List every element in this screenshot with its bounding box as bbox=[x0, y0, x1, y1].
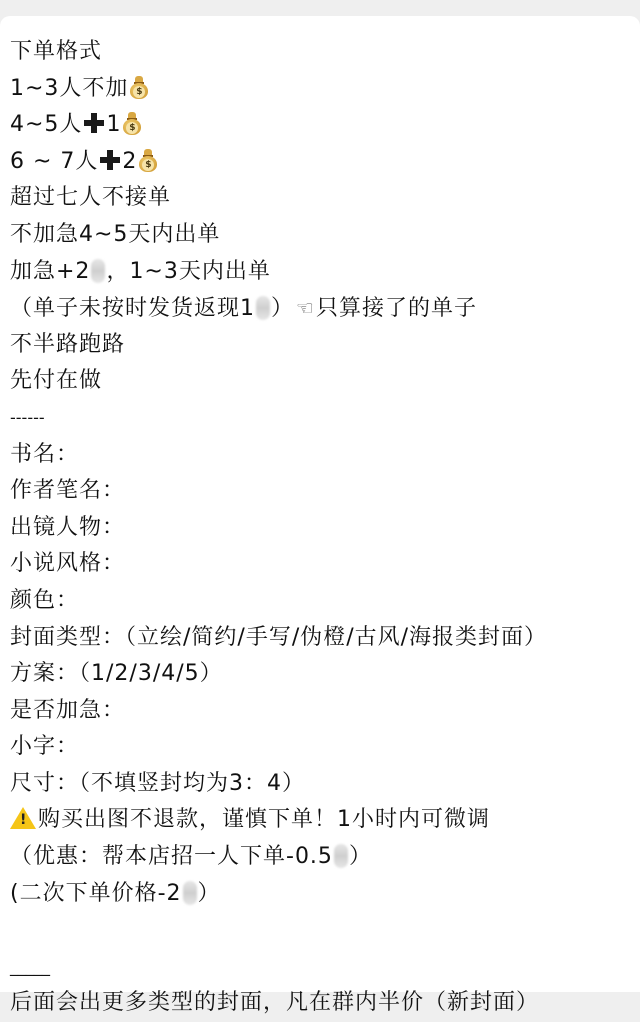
rule-pay-first: 先付在做 bbox=[10, 363, 640, 400]
field-cover-type: 封面类型：（立绘/简约/手写/伪橙/古风/海报类封面） bbox=[10, 620, 640, 657]
rule-refund: （单子未按时发货返现1）☜只算接了的单子 bbox=[10, 290, 640, 327]
field-book-name: 书名： bbox=[10, 437, 640, 474]
censored-currency bbox=[256, 296, 270, 320]
rule-rush: 加急+2，1~3天内出单 bbox=[10, 254, 640, 291]
notice-no-refund: !购买出图不退款，谨慎下单！1小时内可微调 bbox=[10, 802, 640, 839]
repeat-suffix: ） bbox=[198, 881, 221, 906]
pricing-line-6-7: 6 ~ 7人2$ bbox=[10, 144, 640, 181]
money-bag-icon: $ bbox=[138, 148, 158, 172]
title-line: 下单格式 bbox=[10, 34, 640, 71]
censored-currency bbox=[91, 259, 105, 283]
referral-suffix: ） bbox=[349, 844, 372, 869]
rule-no-abandon: 不半路跑路 bbox=[10, 327, 640, 364]
field-plan: 方案：（1/2/3/4/5） bbox=[10, 656, 640, 693]
rule-over-seven: 超过七人不接单 bbox=[10, 180, 640, 217]
field-author: 作者笔名： bbox=[10, 473, 640, 510]
rule-no-rush: 不加急4~5天内出单 bbox=[10, 217, 640, 254]
message-card: 下单格式 1~3人不加$ 4~5人1$ 6 ~ 7人2$ 超过七人不接单 不加急… bbox=[0, 16, 640, 992]
referral-text: （优惠：帮本店招一人下单-0.5 bbox=[10, 844, 333, 869]
divider: ------ bbox=[10, 400, 640, 437]
notice-text: 购买出图不退款，谨慎下单！1小时内可微调 bbox=[38, 807, 490, 832]
refund-suffix: ） bbox=[271, 296, 294, 321]
money-bag-icon: $ bbox=[122, 111, 142, 135]
pricing-text: 6 ~ 7人 bbox=[10, 149, 98, 174]
censored-currency bbox=[183, 881, 197, 905]
warning-icon: ! bbox=[10, 807, 36, 829]
order-format-text: 下单格式 1~3人不加$ 4~5人1$ 6 ~ 7人2$ 超过七人不接单 不加急… bbox=[10, 34, 640, 992]
heavy-plus-icon bbox=[83, 112, 105, 134]
field-characters: 出镜人物： bbox=[10, 510, 640, 547]
censored-currency bbox=[334, 844, 348, 868]
field-size: 尺寸：（不填竖封均为3：4） bbox=[10, 766, 640, 803]
money-bag-icon: $ bbox=[129, 75, 149, 99]
pricing-text: 1~3人不加 bbox=[10, 76, 128, 101]
rush-text: 加急+2 bbox=[10, 259, 90, 284]
pricing-line-1-3: 1~3人不加$ bbox=[10, 71, 640, 108]
footer-note: 后面会出更多类型的封面，凡在群内半价（新封面） bbox=[10, 985, 640, 992]
field-style: 小说风格： bbox=[10, 546, 640, 583]
pointing-hand-icon: ☜ bbox=[296, 290, 314, 327]
refund-note: 只算接了的单子 bbox=[316, 296, 477, 321]
divider: _____ bbox=[10, 949, 640, 986]
repeat-text: (二次下单价格-2 bbox=[10, 881, 182, 906]
blank-line bbox=[10, 912, 640, 949]
pricing-line-4-5: 4~5人1$ bbox=[10, 107, 640, 144]
field-small-text: 小字： bbox=[10, 729, 640, 766]
field-rush: 是否加急： bbox=[10, 693, 640, 730]
discount-referral: （优惠：帮本店招一人下单-0.5） bbox=[10, 839, 640, 876]
discount-repeat: (二次下单价格-2） bbox=[10, 876, 640, 913]
refund-text: （单子未按时发货返现1 bbox=[10, 296, 255, 321]
pricing-amount: 2 bbox=[122, 149, 137, 174]
rush-suffix: ，1~3天内出单 bbox=[106, 259, 270, 284]
pricing-text: 4~5人 bbox=[10, 112, 82, 137]
heavy-plus-icon bbox=[99, 149, 121, 171]
field-color: 颜色： bbox=[10, 583, 640, 620]
pricing-amount: 1 bbox=[106, 112, 121, 137]
